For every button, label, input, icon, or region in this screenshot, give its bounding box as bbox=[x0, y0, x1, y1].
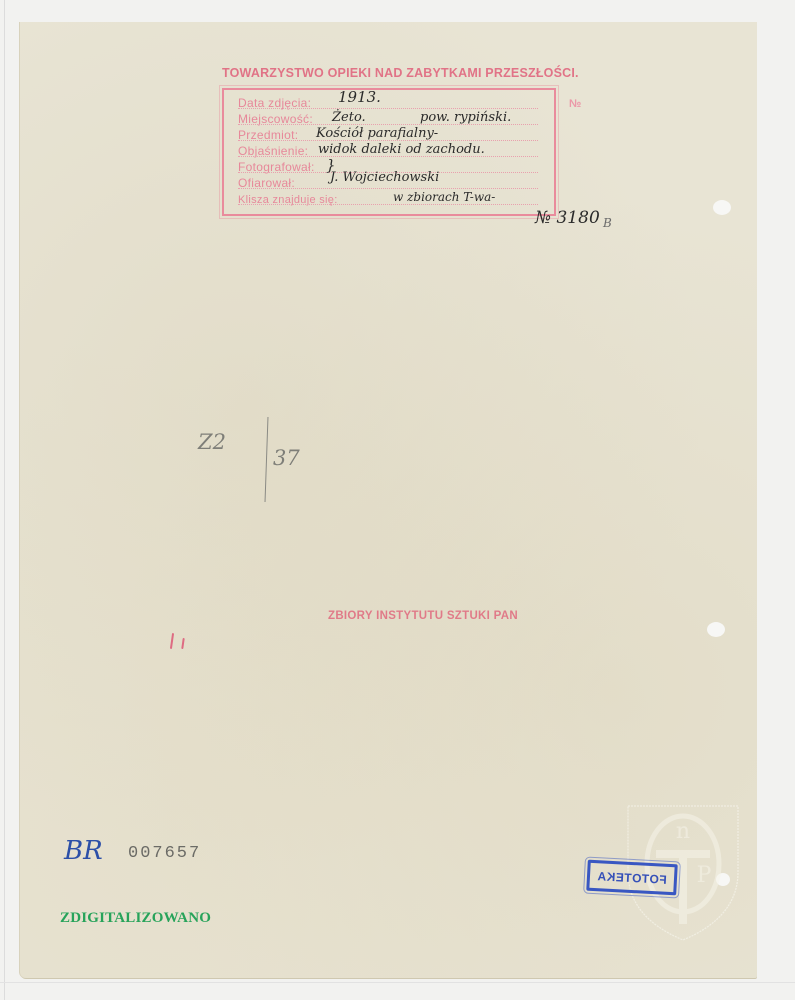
inventory-number: 007657 bbox=[128, 844, 201, 863]
institute-stamp: ZBIORY INSTYTUTU SZTUKI PAN bbox=[328, 610, 518, 622]
form-value: J. Wojciechowski bbox=[330, 170, 439, 185]
society-stamp-title: TOWARZYSTWO OPIEKI NAD ZABYTKAMI PRZESZŁ… bbox=[222, 66, 562, 80]
svg-text:n: n bbox=[676, 819, 690, 844]
punch-hole-top bbox=[713, 200, 731, 215]
form-value: widok daleki od zachodu. bbox=[318, 142, 485, 157]
form-row-place: Miejscowość: Żeto. pow. rypiński. bbox=[238, 110, 538, 126]
pencil-note-left: Z2 bbox=[198, 430, 226, 454]
catalog-form-stamp: № Data zdjęcia: 1913. Miejscowość: Żeto.… bbox=[222, 88, 556, 216]
fototeka-stamp-text: FOTOTEKA bbox=[597, 869, 667, 887]
form-value: Żeto. bbox=[332, 110, 366, 125]
form-row-plate-location: Klisza znajduje się: w zbiorach T-wa- bbox=[238, 190, 538, 206]
scan-border-bottom bbox=[0, 982, 795, 983]
form-row-subject: Przedmiot: Kościół parafialny- bbox=[238, 126, 538, 142]
digitized-stamp: ZDIGITALIZOWANO bbox=[60, 910, 211, 927]
form-row-date: Data zdjęcia: 1913. bbox=[238, 94, 538, 110]
svg-text:P: P bbox=[697, 863, 712, 888]
scan-border bbox=[4, 0, 5, 1000]
form-value-district: pow. rypiński. bbox=[420, 110, 511, 125]
form-value: Kościół parafialny- bbox=[316, 126, 438, 141]
punch-hole-middle bbox=[707, 622, 725, 637]
fototeka-stamp: FOTOTEKA bbox=[586, 860, 677, 896]
plate-number: № 3180 bbox=[535, 208, 600, 228]
form-value: w zbiorach T-wa- bbox=[393, 190, 495, 204]
form-row-donor: Ofiarował: J. Wojciechowski bbox=[238, 174, 538, 190]
form-value: 1913. bbox=[338, 88, 381, 106]
inventory-prefix: BR bbox=[64, 836, 103, 866]
form-row-description: Objaśnienie: widok daleki od zachodu. bbox=[238, 142, 538, 158]
pencil-note-right: 37 bbox=[273, 446, 300, 470]
number-mark: № bbox=[569, 98, 581, 110]
plate-suffix: B bbox=[603, 216, 612, 230]
